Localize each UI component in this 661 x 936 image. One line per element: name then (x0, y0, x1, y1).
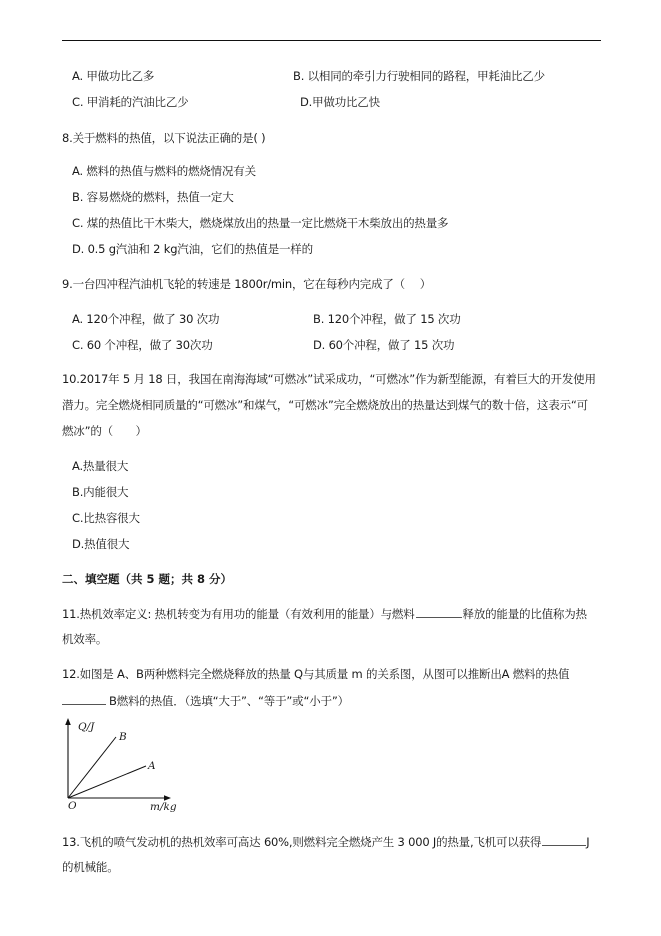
y-axis-label: Q/J (78, 721, 94, 733)
q12-text-after-blank: B燃料的热值．（选填“大于”、“等于”或“小于”） (109, 694, 349, 708)
q7-option-c: C. 甲消耗的汽油比乙少 (72, 95, 188, 109)
q13-line2: 的机械能。 (62, 860, 119, 874)
q9-option-a: A. 120个冲程，做了 30 次功 (72, 312, 219, 326)
q9-option-d: D. 60个冲程，做了 15 次功 (313, 338, 454, 352)
q13-answer-blank[interactable] (542, 834, 586, 846)
q-m-relation-graph: Q/J B A O m/kg (58, 716, 188, 814)
q11-line2: 机效率。 (62, 632, 107, 646)
q10-option-d: D.热值很大 (72, 537, 129, 551)
q8-option-d: D. 0.5 g汽油和 2 kg汽油，它们的热值是一样的 (72, 242, 313, 256)
q10-option-c: C.比热容很大 (72, 511, 140, 525)
q7-option-d: D.甲做功比乙快 (300, 95, 380, 109)
header-rule (62, 40, 601, 41)
q8-option-a: A. 燃料的热值与燃料的燃烧情况有关 (72, 164, 256, 178)
q10-stem-line1: 10.2017年 5 月 18 日，我国在南海海域“可燃冰”试采成功，“可燃冰”… (62, 372, 596, 386)
q8-option-c: C. 煤的热值比干木柴大，燃烧煤放出的热量一定比燃烧干木柴放出的热量多 (72, 216, 448, 230)
q7-option-a: A. 甲做功比乙多 (72, 69, 154, 83)
q10-stem-line2: 潜力。完全燃烧相同质量的“可燃冰”和煤气，“可燃冰”完全燃烧放出的热量达到煤气的… (62, 398, 588, 412)
q11-line1: 11.热机效率定义: 热机转变为有用功的能量（有效利用的能量）与燃料释放的能量的… (62, 606, 587, 621)
x-axis-label: m/kg (150, 801, 177, 813)
q10-option-b: B.内能很大 (72, 485, 128, 499)
q9-stem: 9.一台四冲程汽油机飞轮的转速是 1800r/min，它在每秒内完成了（ ） (62, 277, 431, 291)
line-b-label: B (119, 731, 127, 743)
q13-text-before-blank: 13.飞机的喷气发动机的热机效率可高达 60%,则燃料完全燃烧产生 3 000 … (62, 835, 541, 849)
q10-option-a: A.热量很大 (72, 459, 128, 473)
q12-line2: B燃料的热值．（选填“大于”、“等于”或“小于”） (62, 693, 349, 708)
q11-answer-blank[interactable] (416, 606, 462, 618)
origin-label: O (68, 800, 77, 812)
q11-text-after-blank: 释放的能量的比值称为热 (463, 607, 587, 621)
q9-option-c: C. 60 个冲程，做了 30次功 (72, 338, 213, 352)
section-title-fill-in-blank: 二、填空题（共 5 题；共 8 分） (62, 572, 232, 586)
q8-option-b: B. 容易燃烧的燃料，热值一定大 (72, 190, 234, 204)
q13-unit: J (586, 835, 589, 849)
q11-text-before-blank: 11.热机效率定义: 热机转变为有用功的能量（有效利用的能量）与燃料 (62, 607, 415, 621)
line-a-label: A (148, 760, 156, 772)
q13-line1: 13.飞机的喷气发动机的热机效率可高达 60%,则燃料完全燃烧产生 3 000 … (62, 834, 589, 849)
q10-stem-line3: 燃冰”的（ ） (62, 424, 147, 438)
q9-option-b: B. 120个冲程，做了 15 次功 (313, 312, 461, 326)
q12-line1: 12.如图是 A、B两种燃料完全燃烧释放的热量 Q与其质量 m 的关系图，从图可… (62, 667, 569, 681)
q7-option-b: B. 以相同的牵引力行驶相同的路程，甲耗油比乙少 (293, 69, 545, 83)
q8-stem: 8.关于燃料的热值，以下说法正确的是( ) (62, 131, 265, 145)
q12-answer-blank[interactable] (62, 693, 106, 705)
